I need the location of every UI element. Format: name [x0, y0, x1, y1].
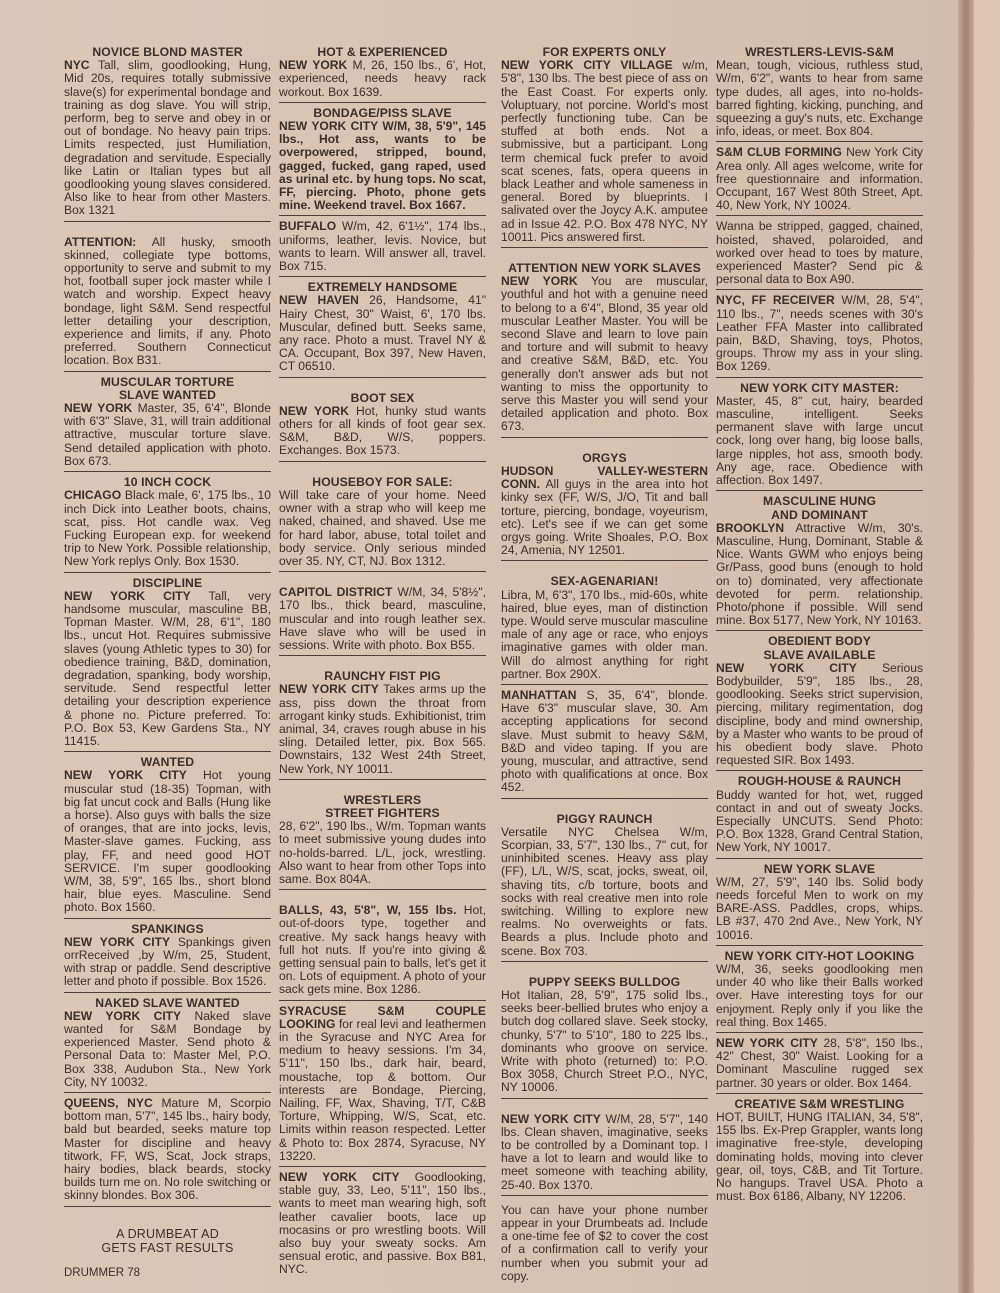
ad-lead: BUFFALO — [279, 219, 336, 233]
ad-lead: NEW YORK — [501, 274, 578, 288]
ad-lead: BROOKLYN — [716, 521, 784, 535]
ad-lead: NEW YORK — [279, 404, 349, 418]
ad-lead: NEW YORK CITY — [279, 682, 379, 696]
ad-headline-line: MASCULINE HUNG — [716, 495, 923, 508]
ad-lead: NEW YORK CITY W/M, 38, 5'9", 145 lbs., H… — [279, 119, 486, 212]
classified-ad: HOUSEBOY FOR SALE: Will take care of you… — [279, 474, 486, 572]
ad-lead: MANHATTAN — [501, 688, 576, 702]
ad-body: Hot, out-of-doors type, together and cre… — [279, 903, 486, 996]
ad-headline: MUSCULAR TORTURESLAVE WANTED — [64, 376, 271, 402]
ad-body: Takes arms up the ass, piss down the thr… — [279, 682, 486, 775]
classified-ad: S&M CLUB FORMING New York City Area only… — [716, 144, 923, 216]
classified-ad: NAKED SLAVE WANTED NEW YORK CITY Naked s… — [64, 995, 271, 1093]
classified-ad: QUEENS, NYC Mature M, Scorpio bottom man… — [64, 1095, 271, 1207]
classified-ad: Wanna be stripped, gagged, chained, hois… — [716, 218, 923, 290]
ad-text: NYC Tall, slim, goodlooking, Hung, Mid 2… — [64, 59, 271, 217]
classified-ad: NYC, FF RECEIVER W/M, 28, 5'4", 110 lbs.… — [716, 292, 923, 377]
ad-body: You are muscular, youthful and hot with … — [501, 274, 708, 433]
ad-body: Libra, M, 6'3", 170 lbs., mid-60s, white… — [501, 588, 708, 681]
ad-text: NEW YORK CITY Tall, very handsome muscul… — [64, 590, 271, 748]
ad-body: Goodlooking, stable guy, 33, Leo, 5'11",… — [279, 1170, 486, 1276]
ad-text: NEW YORK Hot, hunky stud wants others fo… — [279, 405, 486, 458]
ad-body: Attractive W/m, 30's. Masculine, Hung, D… — [716, 521, 923, 627]
ad-text: NEW YORK M, 26, 150 lbs., 6', Hot, exper… — [279, 59, 486, 99]
classified-ad: NEW YORK CITY MASTER: Master, 45, 8" cut… — [716, 380, 923, 492]
classified-ad: BUFFALO W/m, 42, 6'1½", 174 lbs., unifor… — [279, 218, 486, 277]
column-1: NOVICE BLOND MASTER NYC Tall, slim, good… — [64, 44, 271, 1280]
ad-body: Wanna be stripped, gagged, chained, hois… — [716, 219, 923, 286]
classified-ad: BOOT SEX NEW YORK Hot, hunky stud wants … — [279, 390, 486, 462]
ad-text: W/M, 36, seeks goodlooking men under 40 … — [716, 963, 923, 1029]
slogan-line: GETS FAST RESULTS — [64, 1241, 271, 1255]
ad-lead: NEW YORK CITY — [279, 1170, 400, 1184]
ad-text: NEW YORK CITY Spankings given orrReceive… — [64, 936, 271, 989]
ad-text: Buddy wanted for hot, wet, rugged contac… — [716, 789, 923, 855]
ad-text: MANHATTAN S, 35, 6'4", blonde. Have 6'3"… — [501, 689, 708, 795]
ad-body: Tall, very handsome muscular, masculine … — [64, 589, 271, 748]
ad-text: Will take care of your home. Need owner … — [279, 489, 486, 568]
ad-text: Wanna be stripped, gagged, chained, hois… — [716, 220, 923, 286]
ad-body: Mean, tough, vicious, ruthless stud, W/m… — [716, 58, 923, 138]
ad-lead: NYC — [64, 58, 90, 72]
classified-ad: SYRACUSE S&M COUPLE LOOKING for real lev… — [279, 1003, 486, 1167]
classified-ad: CREATIVE S&M WRESTLING HOT, BUILT, HUNG … — [716, 1096, 923, 1207]
ad-text: NYC, FF RECEIVER W/M, 28, 5'4", 110 lbs.… — [716, 294, 923, 373]
classified-ad: 10 INCH COCK CHICAGO Black male, 6', 175… — [64, 474, 271, 572]
ad-lead: NEW HAVEN — [279, 293, 359, 307]
phone-number-notice: You can have your phone number appear in… — [501, 1204, 708, 1283]
ad-lead: NEW YORK — [279, 58, 347, 72]
classified-ad: WRESTLERSSTREET FIGHTERS 28, 6'2", 190 l… — [279, 792, 486, 890]
classified-ad: ATTENTION NEW YORK SLAVES NEW YORK You a… — [501, 260, 708, 438]
ad-lead: NEW YORK CITY — [64, 589, 191, 603]
ad-lead: CHICAGO — [64, 488, 121, 502]
classified-ad: FOR EXPERTS ONLY NEW YORK CITY VILLAGE w… — [501, 44, 708, 248]
classified-ad: SPANKINGS NEW YORK CITY Spankings given … — [64, 921, 271, 993]
ad-body: 28, 6'2", 190 lbs., W/m. Topman wants to… — [279, 819, 486, 886]
ad-text: CAPITOL DISTRICT W/M, 34, 5'8½", 170 lbs… — [279, 586, 486, 652]
classified-ad: HOT & EXPERIENCED NEW YORK M, 26, 150 lb… — [279, 44, 486, 103]
ad-text: NEW YORK CITY Goodlooking, stable guy, 3… — [279, 1171, 486, 1277]
ad-text: Master, 45, 8" cut, hairy, bearded mascu… — [716, 395, 923, 487]
ad-text: NEW YORK Master, 35, 6'4", Blonde with 6… — [64, 402, 271, 468]
page-spine-shadow — [958, 0, 974, 1293]
classified-ad: SEX-AGENARIAN! Libra, M, 6'3", 170 lbs.,… — [501, 573, 708, 685]
ad-body: W/M, 36, seeks goodlooking men under 40 … — [716, 962, 923, 1029]
ad-text: NEW YORK CITY Serious Bodybuilder, 5'9",… — [716, 662, 923, 768]
ad-text: NEW YORK CITY W/M, 28, 5'7", 140 lbs. Cl… — [501, 1113, 708, 1192]
ad-lead: NEW YORK CITY — [501, 1112, 601, 1126]
ad-headline-line: MUSCULAR TORTURE — [64, 376, 271, 389]
ad-body: Buddy wanted for hot, wet, rugged contac… — [716, 788, 923, 855]
ad-body: Tall, slim, goodlooking, Hung, Mid 20s, … — [64, 58, 271, 217]
ad-headline: WRESTLERSSTREET FIGHTERS — [279, 794, 486, 820]
ad-lead: NEW YORK CITY — [64, 1009, 181, 1023]
classified-ad: NEW YORK CITY Goodlooking, stable guy, 3… — [279, 1169, 486, 1280]
column-2: HOT & EXPERIENCED NEW YORK M, 26, 150 lb… — [279, 44, 486, 1282]
ad-body: Master, 45, 8" cut, hairy, bearded mascu… — [716, 394, 923, 487]
ad-text: BROOKLYN Attractive W/m, 30's. Masculine… — [716, 522, 923, 628]
classified-ad: NOVICE BLOND MASTER NYC Tall, slim, good… — [64, 44, 271, 222]
ad-text: Versatile NYC Chelsea W/m, Scorpian, 33,… — [501, 826, 708, 958]
ad-body: Mature M, Scorpio bottom man, 5'7", 145 … — [64, 1096, 271, 1202]
slogan-line: A DRUMBEAT AD — [64, 1227, 271, 1241]
ad-text: BALLS, 43, 5'8", W, 155 lbs. Hot, out-of… — [279, 904, 486, 996]
ad-lead: BALLS, 43, 5'8", W, 155 lbs. — [279, 903, 457, 917]
ad-text: S&M CLUB FORMING New York City Area only… — [716, 146, 923, 212]
ad-lead: NEW YORK CITY — [64, 768, 187, 782]
facing-page-edge — [974, 0, 1000, 1293]
classified-ad: MANHATTAN S, 35, 6'4", blonde. Have 6'3"… — [501, 687, 708, 799]
ad-lead: NEW YORK CITY — [64, 935, 170, 949]
ad-lead: NEW YORK — [64, 401, 132, 415]
ad-text: 28, 6'2", 190 lbs., W/m. Topman wants to… — [279, 820, 486, 886]
ad-text: NEW YORK CITY Hot young muscular stud (1… — [64, 769, 271, 914]
ad-text: Mean, tough, vicious, ruthless stud, W/m… — [716, 59, 923, 138]
ad-text: CHICAGO Black male, 6', 175 lbs., 10 inc… — [64, 489, 271, 568]
ad-text: NEW YORK You are muscular, youthful and … — [501, 275, 708, 433]
magazine-page: NOVICE BLOND MASTER NYC Tall, slim, good… — [0, 0, 968, 1293]
ad-text: NEW YORK CITY W/M, 38, 5'9", 145 lbs., H… — [279, 120, 486, 212]
ad-text: QUEENS, NYC Mature M, Scorpio bottom man… — [64, 1097, 271, 1203]
ad-body: Hot Italian, 28, 5'9", 175 solid lbs., s… — [501, 988, 708, 1094]
classified-ad: DISCIPLINE NEW YORK CITY Tall, very hand… — [64, 575, 271, 753]
ad-text: NEW YORK CITY 28, 5'8", 150 lbs., 42" Ch… — [716, 1037, 923, 1090]
ad-headline-line: WRESTLERS — [279, 794, 486, 807]
classified-ad: ORGYS HUDSON VALLEY-WESTERN CONN. All gu… — [501, 450, 708, 562]
ad-lead: NYC, FF RECEIVER — [716, 293, 835, 307]
ad-text: NEW HAVEN 26, Handsome, 41" Hairy Chest,… — [279, 294, 486, 373]
ad-lead: NEW YORK CITY — [716, 1036, 818, 1050]
ad-body: All husky, smooth skinned, collegiate ty… — [64, 235, 271, 368]
ad-headline: OBEDIENT BODYSLAVE AVAILABLE — [716, 635, 923, 661]
ad-text: NEW YORK CITY Takes arms up the ass, pis… — [279, 683, 486, 775]
ad-lead: NEW YORK CITY — [716, 661, 857, 675]
classified-ad: PUPPY SEEKS BULLDOG Hot Italian, 28, 5'9… — [501, 974, 708, 1099]
ad-text: HUDSON VALLEY-WESTERN CONN. All guys in … — [501, 465, 708, 557]
ad-text: Hot Italian, 28, 5'9", 175 solid lbs., s… — [501, 989, 708, 1095]
ad-lead: NEW YORK CITY VILLAGE — [501, 58, 673, 72]
classified-ad: ROUGH-HOUSE & RAUNCH Buddy wanted for ho… — [716, 773, 923, 858]
classified-ad: NEW YORK CITY W/M, 28, 5'7", 140 lbs. Cl… — [501, 1111, 708, 1196]
ad-text: NEW YORK CITY Naked slave wanted for S&M… — [64, 1010, 271, 1089]
ad-body: w/m, 5'8", 130 lbs. The best piece of as… — [501, 58, 708, 244]
ad-lead: S&M CLUB FORMING — [716, 145, 842, 159]
ad-body: S, 35, 6'4", blonde. Have 6'3" muscular … — [501, 688, 708, 794]
ad-body: Hot young muscular stud (18-35) Topman, … — [64, 768, 271, 914]
ad-body: for real levi and leathermen in the Syra… — [279, 1017, 486, 1163]
page-footer-label: DRUMMER 78 — [64, 1267, 271, 1280]
ad-text: HOT, BUILT, HUNG ITALIAN, 34, 5'8", 155 … — [716, 1111, 923, 1203]
ad-body: HOT, BUILT, HUNG ITALIAN, 34, 5'8", 155 … — [716, 1110, 923, 1203]
ad-text: NEW YORK CITY VILLAGE w/m, 5'8", 130 lbs… — [501, 59, 708, 244]
ad-body: Will take care of your home. Need owner … — [279, 488, 486, 568]
classified-ad: WANTED NEW YORK CITY Hot young muscular … — [64, 754, 271, 918]
ad-text: ATTENTION: All husky, smooth skinned, co… — [64, 236, 271, 368]
classified-ad: BONDAGE/PISS SLAVE NEW YORK CITY W/M, 38… — [279, 105, 486, 217]
classified-ad: RAUNCHY FIST PIG NEW YORK CITY Takes arm… — [279, 668, 486, 780]
ad-body: W/M, 27, 5'9", 140 lbs. Solid body needs… — [716, 875, 923, 942]
column-3: FOR EXPERTS ONLY NEW YORK CITY VILLAGE w… — [501, 44, 708, 1283]
ad-lead: ATTENTION: — [64, 235, 136, 249]
column-4: WRESTLERS-LEVIS-S&M Mean, tough, vicious… — [716, 44, 923, 1208]
classified-ad: NEW YORK CITY 28, 5'8", 150 lbs., 42" Ch… — [716, 1035, 923, 1094]
classified-ad: NEW YORK SLAVE W/M, 27, 5'9", 140 lbs. S… — [716, 861, 923, 946]
classified-ad: PIGGY RAUNCH Versatile NYC Chelsea W/m, … — [501, 811, 708, 962]
ad-text: Libra, M, 6'3", 170 lbs., mid-60s, white… — [501, 589, 708, 681]
ad-text: SYRACUSE S&M COUPLE LOOKING for real lev… — [279, 1005, 486, 1163]
ad-body: Serious Bodybuilder, 5'9", 185 lbs., 28,… — [716, 661, 923, 767]
classified-ad: MASCULINE HUNGAND DOMINANT BROOKLYN Attr… — [716, 493, 923, 631]
classified-ad: OBEDIENT BODYSLAVE AVAILABLE NEW YORK CI… — [716, 633, 923, 771]
classified-ad: EXTREMELY HANDSOME NEW HAVEN 26, Handsom… — [279, 279, 486, 377]
classified-ad: MUSCULAR TORTURESLAVE WANTED NEW YORK Ma… — [64, 374, 271, 472]
ad-body: Versatile NYC Chelsea W/m, Scorpian, 33,… — [501, 825, 708, 958]
ad-lead: QUEENS, NYC — [64, 1096, 153, 1110]
classified-ad: NEW YORK CITY-HOT LOOKING W/M, 36, seeks… — [716, 948, 923, 1033]
ad-lead: CAPITOL DISTRICT — [279, 585, 392, 599]
classified-ad: WRESTLERS-LEVIS-S&M Mean, tough, vicious… — [716, 44, 923, 142]
ad-headline-line: OBEDIENT BODY — [716, 635, 923, 648]
classified-ad: ATTENTION: All husky, smooth skinned, co… — [64, 234, 271, 372]
ad-text: W/M, 27, 5'9", 140 lbs. Solid body needs… — [716, 876, 923, 942]
ad-headline: MASCULINE HUNGAND DOMINANT — [716, 495, 923, 521]
drumbeat-slogan: A DRUMBEAT ADGETS FAST RESULTS — [64, 1227, 271, 1255]
ad-text: BUFFALO W/m, 42, 6'1½", 174 lbs., unifor… — [279, 220, 486, 273]
classified-ad: CAPITOL DISTRICT W/M, 34, 5'8½", 170 lbs… — [279, 584, 486, 656]
classified-ad: BALLS, 43, 5'8", W, 155 lbs. Hot, out-of… — [279, 902, 486, 1000]
